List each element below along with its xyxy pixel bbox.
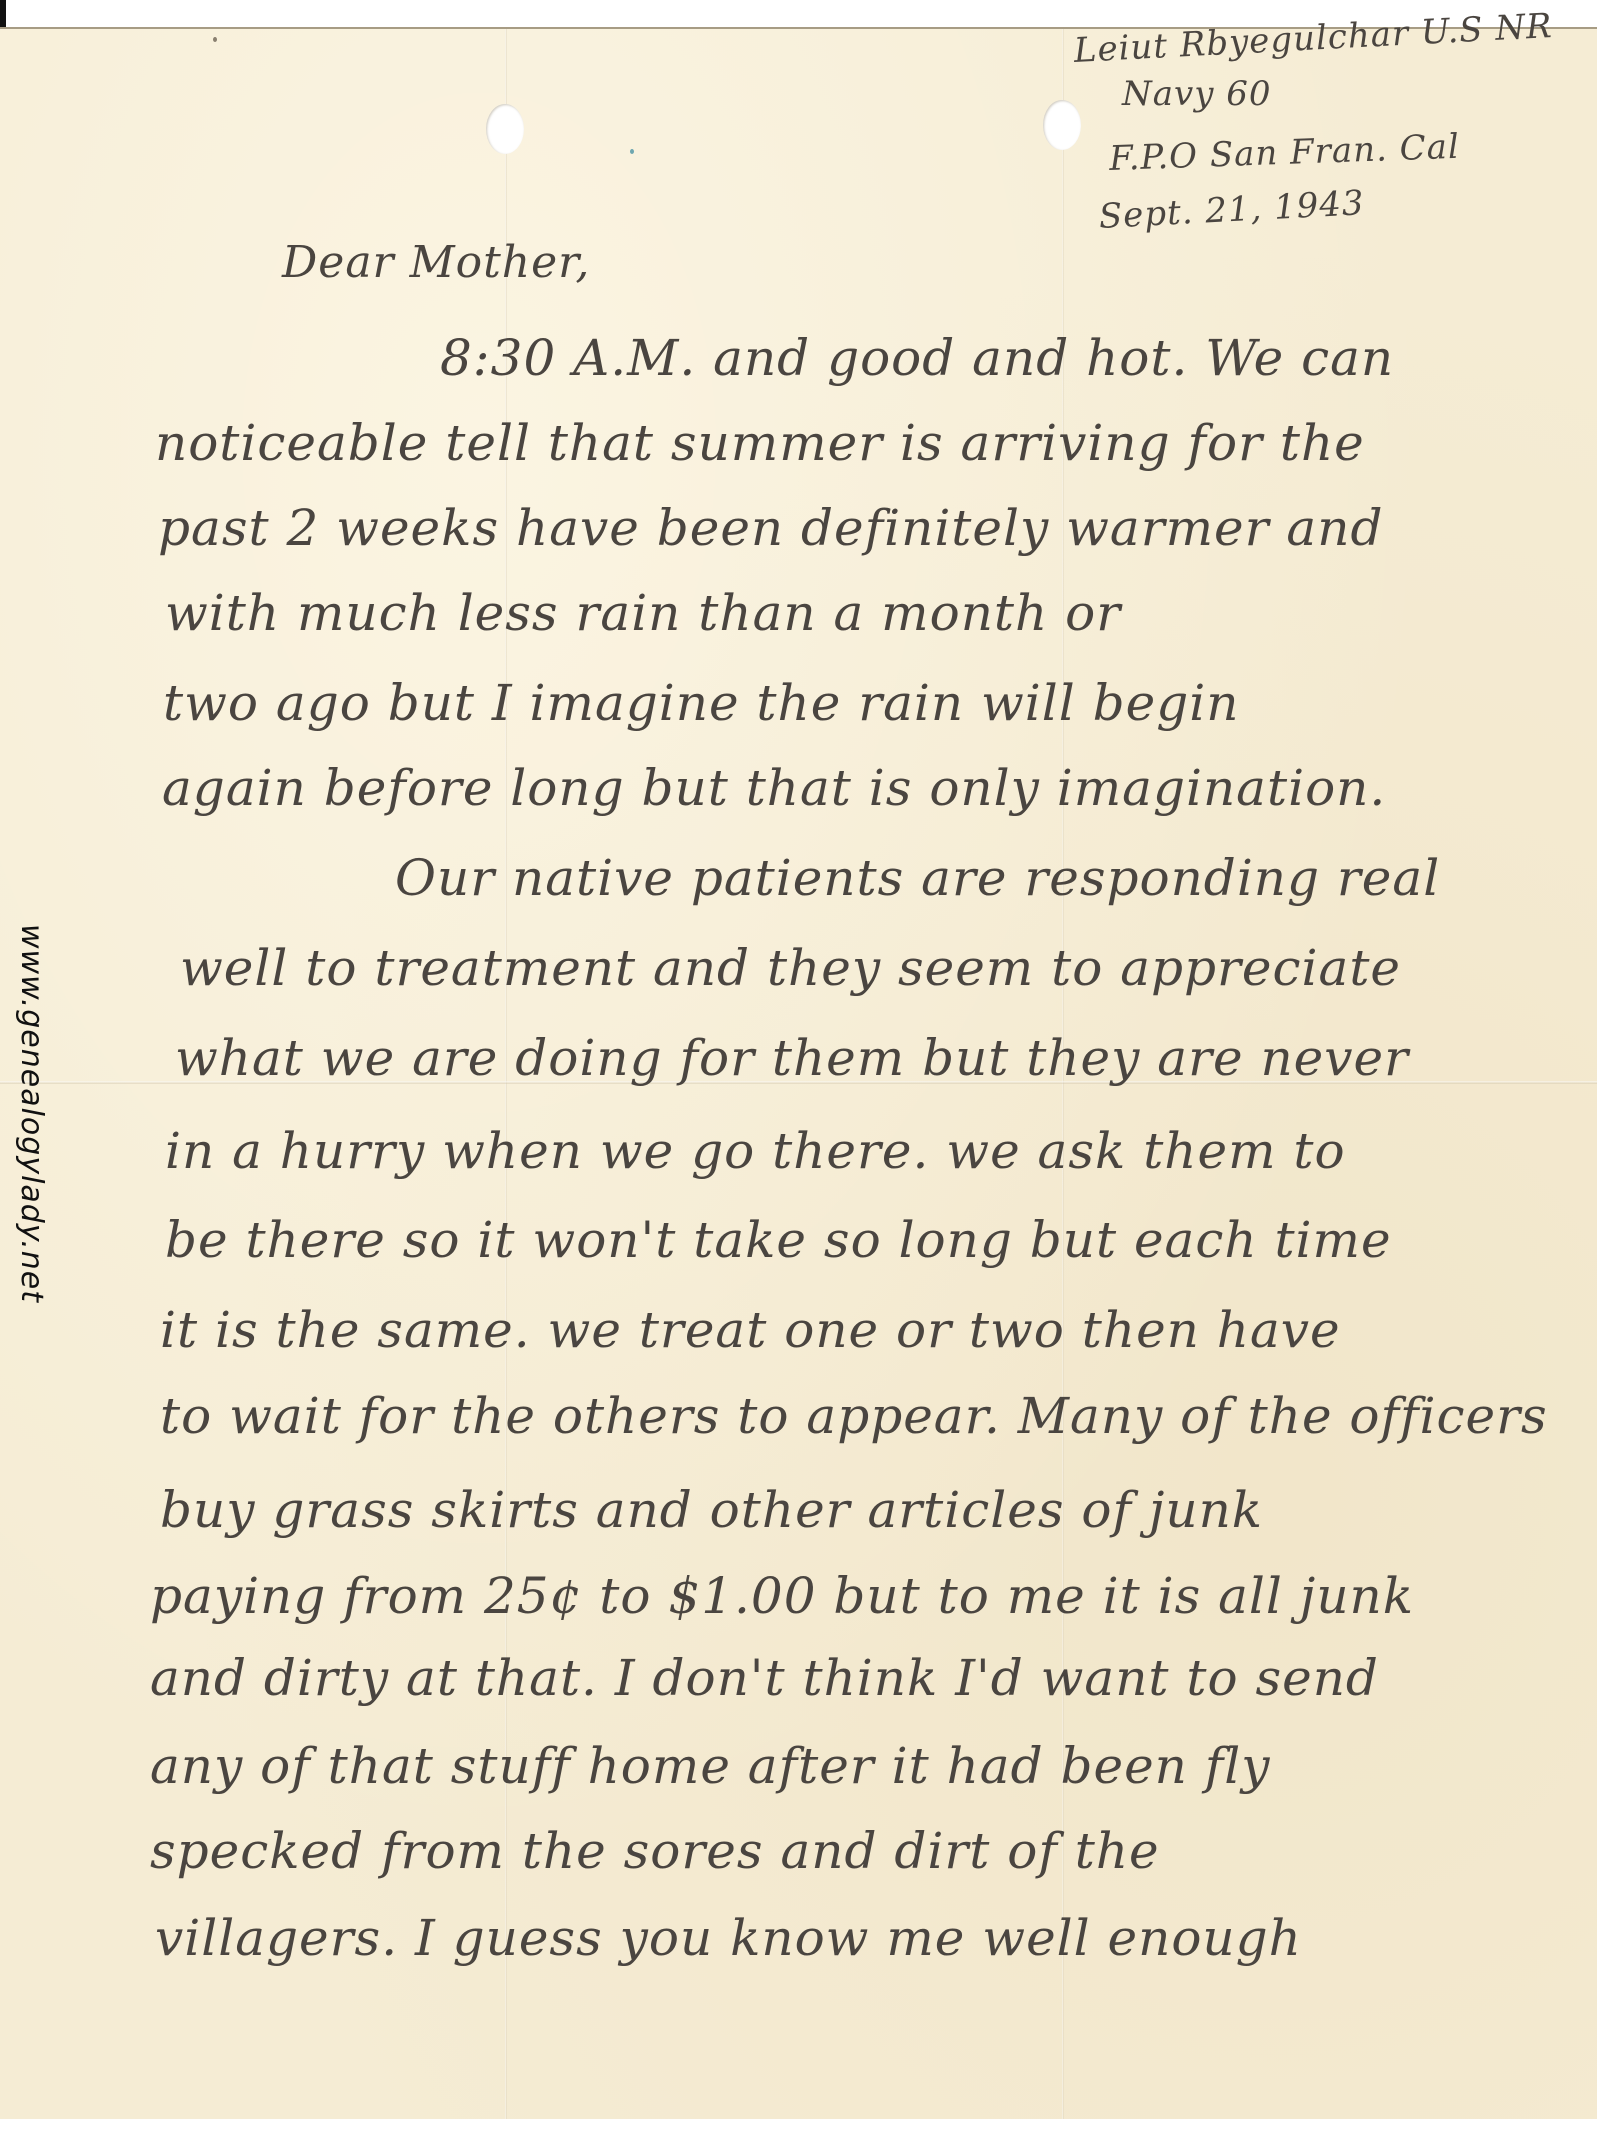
body-line: specked from the sores and dirt of the [150,1822,1160,1880]
scan-edge-bar [0,0,6,28]
body-line: again before long but that is only imagi… [162,759,1386,817]
body-line: to wait for the others to appear. Many o… [160,1387,1548,1445]
body-line: and dirty at that. I don't think I'd wan… [150,1649,1379,1707]
letter-date: Sept. 21, 1943 [1098,183,1366,237]
body-line: noticeable tell that summer is arriving … [155,414,1365,472]
ink-speck [630,149,634,154]
body-line: 8:30 A.M. and good and hot. We can [440,329,1394,387]
body-line: Our native patients are responding real [395,849,1440,907]
greeting: Dear Mother, [282,237,590,288]
letter-page: Leiut Rbyegulchar U.S NR Navy 60 F.P.O S… [0,27,1597,2119]
body-line: it is the same. we treat one or two then… [160,1301,1341,1359]
body-line: past 2 weeks have been definitely warmer… [158,499,1383,557]
ink-speck [213,37,217,42]
body-line: any of that stuff home after it had been… [150,1737,1271,1795]
body-line: be there so it won't take so long but ea… [165,1211,1392,1269]
punch-hole-icon [1043,100,1081,150]
return-address-unit: Navy 60 [1122,74,1272,114]
body-line: paying from 25¢ to $1.00 but to me it is… [150,1567,1414,1625]
return-address-fpo: F.P.O San Fran. Cal [1109,127,1461,179]
body-line: what we are doing for them but they are … [175,1029,1409,1087]
body-line: with much less rain than a month or [165,584,1121,642]
watermark-url: www.genealogylady.net [14,924,49,1303]
body-line: buy grass skirts and other articles of j… [160,1481,1263,1539]
body-line: in a hurry when we go there. we ask them… [165,1122,1346,1180]
return-address-name: Leiut Rbyegulchar U.S NR [1073,6,1554,71]
body-line: villagers. I guess you know me well enou… [155,1909,1302,1967]
body-line: well to treatment and they seem to appre… [180,939,1401,997]
punch-hole-icon [486,104,524,154]
body-line: two ago but I imagine the rain will begi… [163,674,1239,732]
